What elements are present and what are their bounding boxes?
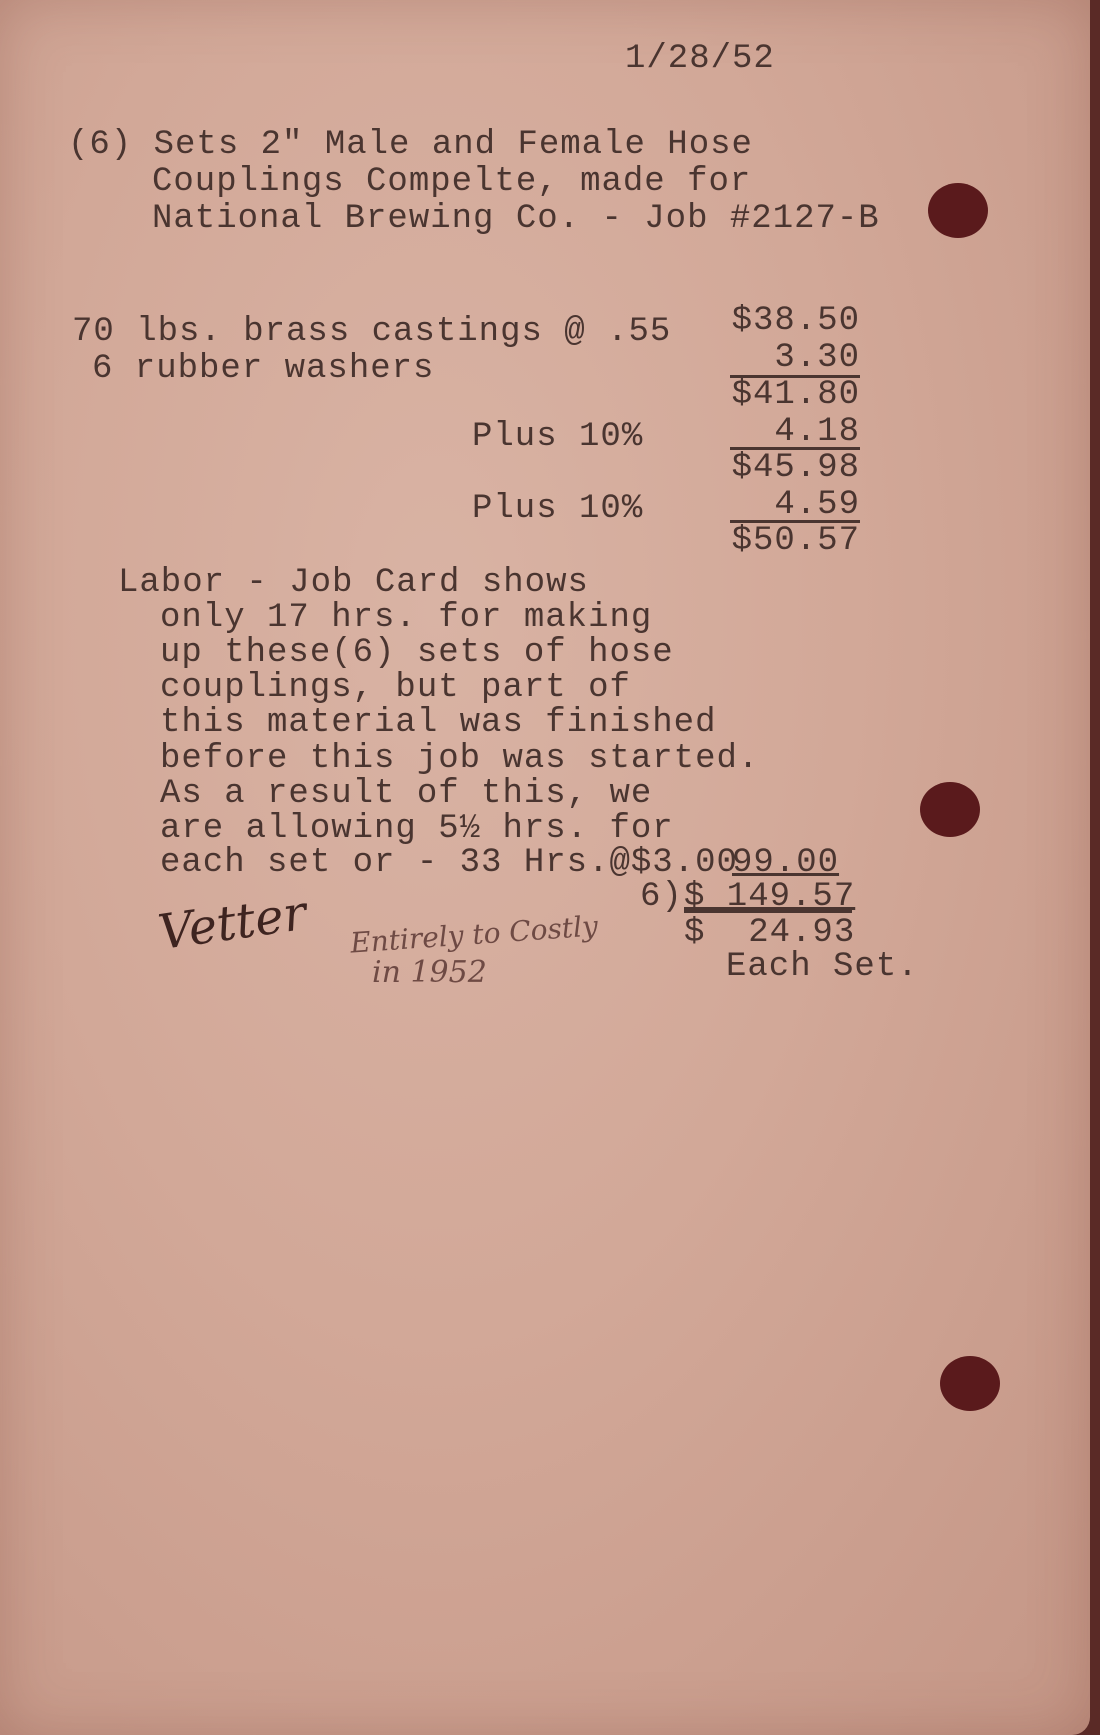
binder-hole: [920, 782, 980, 837]
subtotal-2: $45.98: [710, 451, 860, 485]
total-divisor: 6): [640, 880, 683, 914]
labor-line-6: before this job was started.: [160, 742, 759, 776]
material-amount-brass: $38.50: [710, 304, 860, 338]
markup-2-amount: 4.59: [710, 488, 860, 522]
per-set-label: Each Set.: [726, 950, 919, 984]
binder-hole: [940, 1356, 1000, 1411]
header-line-3: National Brewing Co. - Job #2127-B: [152, 202, 880, 236]
labor-line-1: Labor - Job Card shows: [118, 566, 589, 600]
date: 1/28/52: [625, 42, 775, 76]
markup-1-label: Plus 10%: [472, 420, 643, 454]
labor-line-8: are allowing 5½ hrs. for: [160, 812, 674, 846]
document-page: 1/28/52 (6) Sets 2" Male and Female Hose…: [0, 0, 1090, 1735]
subtotal-3: $50.57: [710, 524, 860, 558]
header-line-1: (6) Sets 2" Male and Female Hose: [68, 128, 753, 162]
labor-line-2: only 17 hrs. for making: [160, 601, 652, 635]
handwritten-note-line-2: in 1952: [372, 955, 487, 990]
markup-1-amount: 4.18: [710, 415, 860, 449]
labor-line-3: up these(6) sets of hose: [160, 636, 674, 670]
signature: Vetter: [155, 885, 310, 961]
labor-line-5: this material was finished: [160, 706, 717, 740]
subtotal-1: $41.80: [710, 378, 860, 412]
labor-line-4: couplings, but part of: [160, 671, 631, 705]
binder-hole: [928, 183, 988, 238]
labor-line-7: As a result of this, we: [160, 777, 652, 811]
header-line-2: Couplings Compelte, made for: [152, 165, 751, 199]
handwritten-note-line-1: Entirely to Costly: [349, 909, 599, 959]
division-rule: [684, 910, 852, 913]
material-line-washers: 6 rubber washers: [92, 352, 434, 386]
labor-line-9: each set or - 33 Hrs.@$3.00: [160, 846, 738, 880]
material-amount-washers: 3.30: [710, 341, 860, 375]
markup-2-label: Plus 10%: [472, 492, 643, 526]
material-line-brass: 70 lbs. brass castings @ .55: [72, 315, 671, 349]
labor-amount: 99.00: [732, 846, 839, 880]
total-amount: $ 149.57: [684, 880, 855, 914]
per-set-amount: $ 24.93: [684, 916, 855, 950]
